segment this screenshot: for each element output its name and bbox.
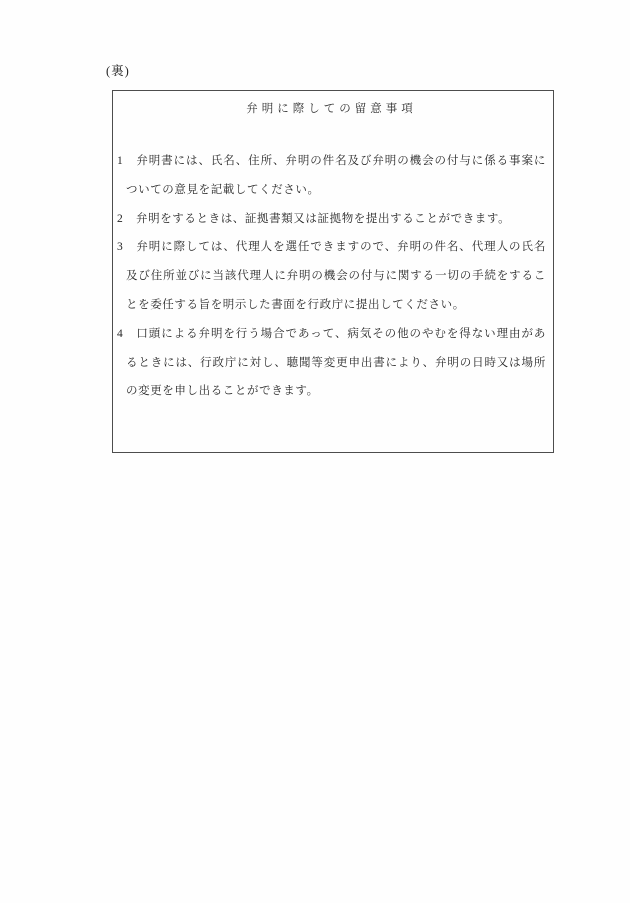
item-text: 弁明に際しては、代理人を選任できますので、弁明の件名、代理人の氏名及び住所並びに… xyxy=(126,241,546,311)
notice-item-list: 1弁明書には、氏名、住所、弁明の件名及び弁明の機会の付与に係る事案についての意見… xyxy=(117,147,546,406)
item-text: 弁明をするときは、証拠書類又は証拠物を提出することができます。 xyxy=(136,213,510,225)
notice-box: 弁明に際しての留意事項 1弁明書には、氏名、住所、弁明の件名及び弁明の機会の付与… xyxy=(112,90,554,453)
item-text: 口頭による弁明を行う場合であって、病気その他のやむを得ない理由があるときには、行… xyxy=(126,328,546,398)
notice-item: 3弁明に際しては、代理人を選任できますので、弁明の件名、代理人の氏名及び住所並び… xyxy=(117,233,546,319)
notice-item: 2弁明をするときは、証拠書類又は証拠物を提出することができます。 xyxy=(117,205,546,234)
notice-item: 1弁明書には、氏名、住所、弁明の件名及び弁明の機会の付与に係る事案についての意見… xyxy=(117,147,546,205)
document-page: (裏) 弁明に際しての留意事項 1弁明書には、氏名、住所、弁明の件名及び弁明の機… xyxy=(0,0,630,903)
item-number: 1 xyxy=(117,147,136,176)
notice-title: 弁明に際しての留意事項 xyxy=(117,99,546,119)
item-number: 3 xyxy=(117,233,136,262)
notice-item: 4口頭による弁明を行う場合であって、病気その他のやむを得ない理由があるときには、… xyxy=(117,320,546,406)
item-text: 弁明書には、氏名、住所、弁明の件名及び弁明の機会の付与に係る事案についての意見を… xyxy=(126,155,546,196)
page-side-label: (裏) xyxy=(106,63,130,79)
item-number: 2 xyxy=(117,205,136,234)
item-number: 4 xyxy=(117,320,136,349)
